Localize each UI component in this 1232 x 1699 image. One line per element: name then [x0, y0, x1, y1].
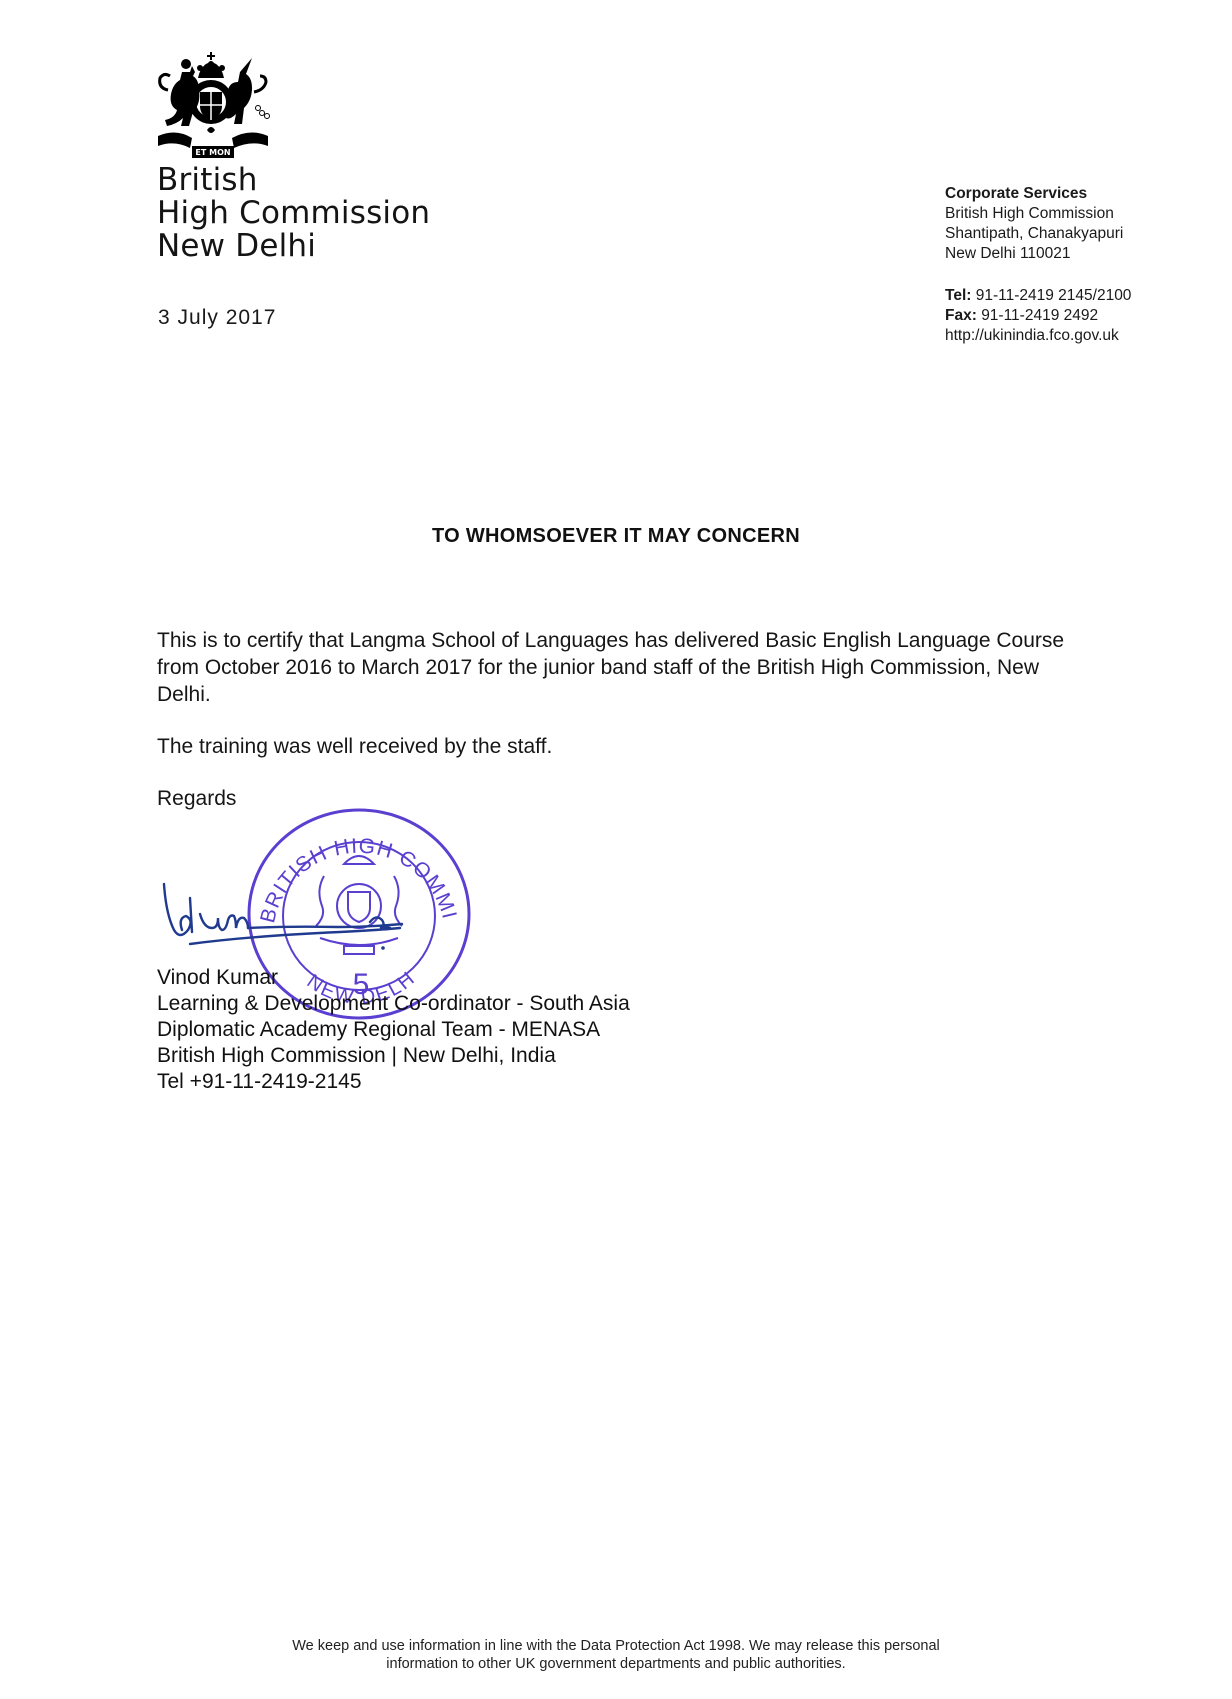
org-title-line-2: High Commission — [157, 197, 430, 230]
tel-label: Tel: — [945, 287, 971, 304]
footer-line: We keep and use information in line with… — [0, 1637, 1232, 1655]
body-paragraph: The training was well received by the st… — [157, 733, 1087, 760]
org-title-line-1: British — [157, 164, 430, 197]
telephone: Tel: 91-11-2419 2145/2100 — [945, 286, 1131, 306]
fax-value: 91-11-2419 2492 — [981, 307, 1098, 324]
department-name: Corporate Services — [945, 184, 1131, 204]
letter-date: 3 July 2017 — [158, 306, 276, 330]
organization-title: British High Commission New Delhi — [157, 164, 430, 263]
footer-line: information to other UK government depar… — [0, 1655, 1232, 1673]
signer-title: Learning & Development Co-ordinator - So… — [157, 991, 630, 1017]
handwritten-signature-icon — [160, 878, 430, 958]
address-line: New Delhi 110021 — [945, 244, 1131, 264]
signer-block: Vinod Kumar Learning & Development Co-or… — [157, 965, 630, 1095]
website-link[interactable]: http://ukinindia.fco.gov.uk — [945, 326, 1131, 346]
data-protection-footer: We keep and use information in line with… — [0, 1637, 1232, 1673]
svg-text:ET MON: ET MON — [195, 148, 230, 157]
body-paragraph: This is to certify that Langma School of… — [157, 627, 1087, 708]
signer-team: Diplomatic Academy Regional Team - MENAS… — [157, 1017, 630, 1043]
tel-value: 91-11-2419 2145/2100 — [976, 287, 1132, 304]
royal-coat-of-arms-icon: ET MON — [152, 50, 278, 162]
signer-office: British High Commission | New Delhi, Ind… — [157, 1043, 630, 1069]
contact-block: Corporate Services British High Commissi… — [945, 184, 1131, 346]
address-line: Shantipath, Chanakyapuri — [945, 224, 1131, 244]
fax-label: Fax: — [945, 307, 977, 324]
letter-heading: TO WHOMSOEVER IT MAY CONCERN — [0, 525, 1232, 548]
org-title-line-3: New Delhi — [157, 230, 430, 263]
address-line: British High Commission — [945, 204, 1131, 224]
fax: Fax: 91-11-2419 2492 — [945, 306, 1131, 326]
signer-phone: Tel +91-11-2419-2145 — [157, 1069, 630, 1095]
signer-name: Vinod Kumar — [157, 965, 630, 991]
